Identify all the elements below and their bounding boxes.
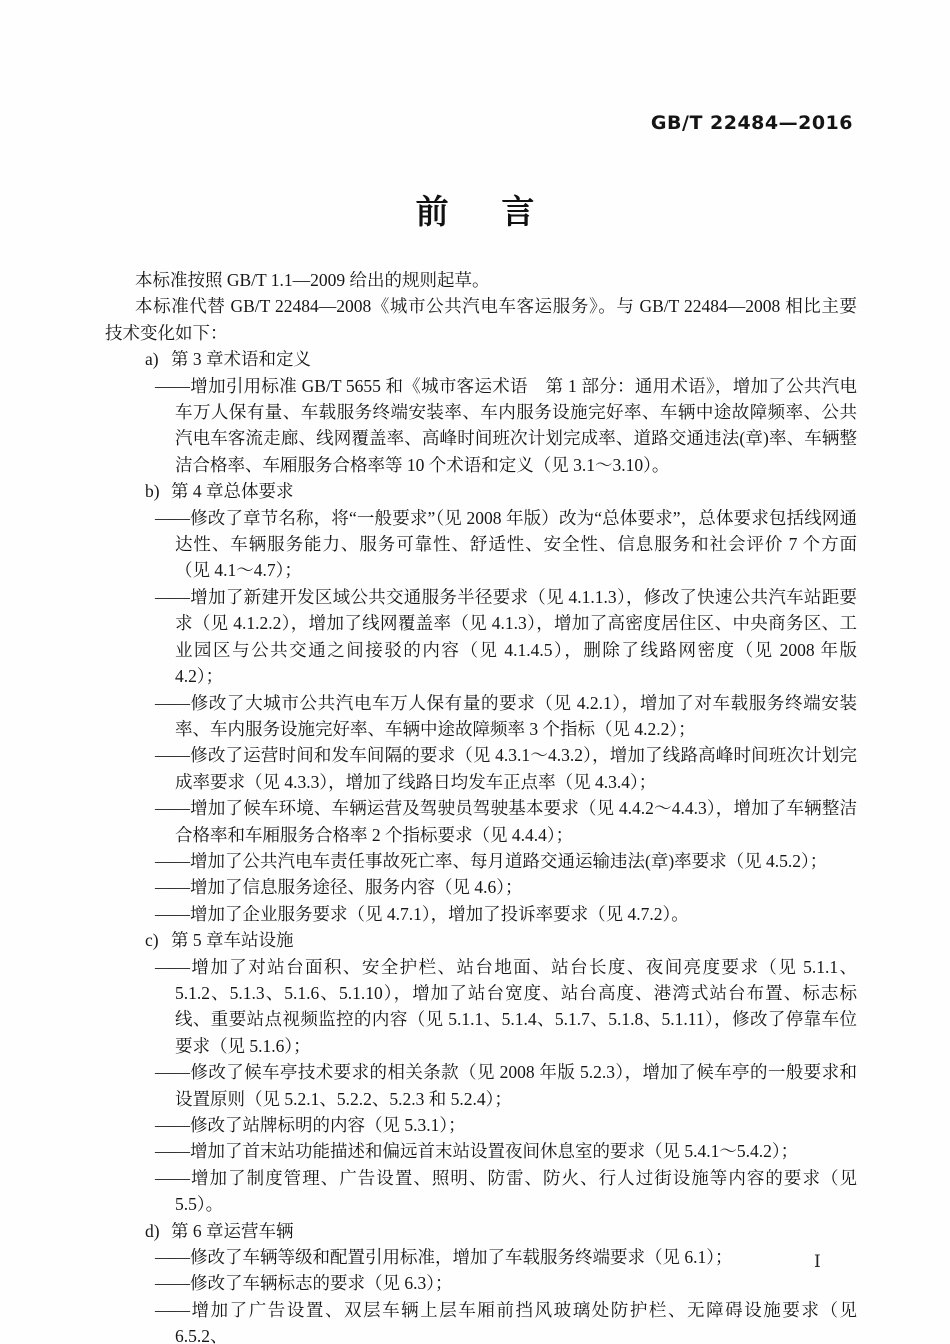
change-item: ——增加了对站台面积、安全护栏、站台地面、站台长度、夜间亮度要求（见 5.1.1… (105, 954, 857, 1060)
clause-heading-b: b)第 4 章总体要求 (105, 478, 857, 504)
clause-label: d) (145, 1218, 171, 1244)
clause-text: 第 6 章运营车辆 (171, 1221, 294, 1241)
change-item: ——增加了制度管理、广告设置、照明、防雷、防火、行人过街设施等内容的要求（见 5… (105, 1165, 857, 1218)
clause-text: 第 4 章总体要求 (171, 481, 294, 501)
change-item: ——修改了站牌标明的内容（见 5.3.1）； (105, 1112, 857, 1138)
document-page: GB/T 22484—2016 前言 本标准按照 GB/T 1.1—2009 给… (0, 0, 950, 1344)
change-item: ——增加了候车环境、车辆运营及驾驶员驾驶基本要求（见 4.4.2～4.4.3），… (105, 795, 857, 848)
change-item: ——增加了公共汽电车责任事故死亡率、每月道路交通运输违法(章)率要求（见 4.5… (105, 848, 857, 874)
clause-heading-d: d)第 6 章运营车辆 (105, 1218, 857, 1244)
change-item: ——增加了首末站功能描述和偏远首末站设置夜间休息室的要求（见 5.4.1～5.4… (105, 1138, 857, 1164)
change-item: ——修改了候车亭技术要求的相关条款（见 2008 年版 5.2.3），增加了候车… (105, 1059, 857, 1112)
change-item: ——修改了车辆标志的要求（见 6.3）； (105, 1270, 857, 1296)
clause-label: b) (145, 478, 171, 504)
change-item: ——修改了运营时间和发车间隔的要求（见 4.3.1～4.3.2），增加了线路高峰… (105, 742, 857, 795)
standard-number: GB/T 22484—2016 (651, 112, 853, 134)
page-title: 前言 (0, 186, 950, 233)
change-item: ——增加了信息服务途径、服务内容（见 4.6）； (105, 874, 857, 900)
clause-text: 第 5 章车站设施 (171, 930, 294, 950)
intro-paragraph: 本标准按照 GB/T 1.1—2009 给出的规则起草。 (105, 267, 857, 293)
clause-label: a) (145, 346, 171, 372)
change-item: ——修改了车辆等级和配置引用标准，增加了车载服务终端要求（见 6.1）； (105, 1244, 857, 1270)
change-item: ——增加引用标准 GB/T 5655 和《城市客运术语 第 1 部分：通用术语》… (105, 373, 857, 479)
change-item: ——修改了大城市公共汽电车万人保有量的要求（见 4.2.1），增加了对车载服务终… (105, 690, 857, 743)
change-item: ——增加了企业服务要求（见 4.7.1），增加了投诉率要求（见 4.7.2）。 (105, 901, 857, 927)
change-item: ——修改了章节名称，将“一般要求”（见 2008 年版）改为“总体要求”，总体要… (105, 505, 857, 584)
page-number: Ⅰ (814, 1252, 821, 1272)
change-item: ——增加了广告设置、双层车辆上层车厢前挡风玻璃处防护栏、无障碍设施要求（见 6.… (105, 1297, 857, 1344)
intro-paragraph: 本标准代替 GB/T 22484—2008《城市公共汽电车客运服务》。与 GB/… (105, 293, 857, 346)
clause-label: c) (145, 927, 171, 953)
foreword-body: 本标准按照 GB/T 1.1—2009 给出的规则起草。 本标准代替 GB/T … (105, 267, 857, 1344)
change-item: ——增加了新建开发区域公共交通服务半径要求（见 4.1.1.3），修改了快速公共… (105, 584, 857, 690)
clause-text: 第 3 章术语和定义 (171, 349, 311, 369)
clause-heading-a: a)第 3 章术语和定义 (105, 346, 857, 372)
clause-heading-c: c)第 5 章车站设施 (105, 927, 857, 953)
